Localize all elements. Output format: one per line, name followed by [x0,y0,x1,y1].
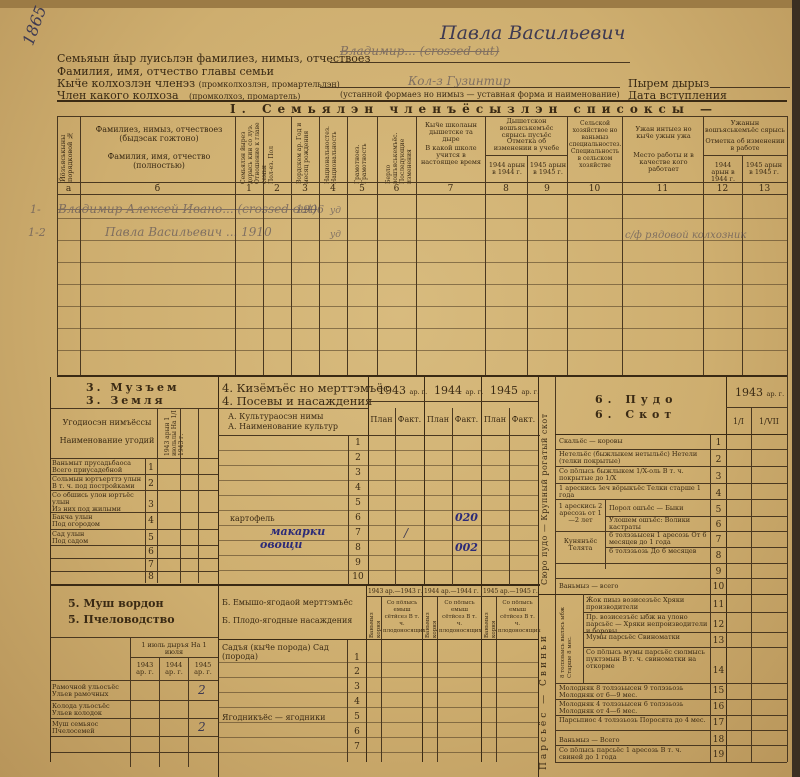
s5-row-line [50,700,218,701]
s3-row1-ru: Всего приусадебной [52,467,144,474]
s4b-year-1945: 1945 ар.—1945 г. [483,588,538,595]
head-value-crossed: Владимир... (crossed out) [340,44,499,58]
s4-vline-fact1944 [452,408,453,585]
s4-sub-a-komi: А. Культураосэн нимы [228,412,323,421]
s1-numbers-top [57,182,787,183]
s6-year: 1943 [735,386,763,399]
s3-row5-num: 5 [145,533,157,543]
s6-group-calves: Кунянъёс Телята [557,538,604,552]
s4b-sub-b: Со пӧлысь емыш сётйсез В т. ч. плодонося… [383,600,421,635]
s6-vline-col2 [751,407,752,762]
s3-row2-ru: В т. ч. под постройками [52,483,144,490]
col-1213-header-ru: Отметка об изменении в работе [705,138,785,152]
head-underline [330,62,630,63]
s3-row2-num: 2 [145,479,157,489]
s6-col-1VII: 1/VII [751,417,787,426]
page-right-edge [792,0,800,777]
col-b-header-ru: Фамилия, имя, отчество (полностью) [85,152,233,170]
s6-cattle-bottom [538,594,787,595]
s6-row-line [555,578,787,579]
s4-year-suffix: ар. г. [466,388,484,396]
col-3-header: Вордскем ар. Год и месяц рождения [296,120,310,184]
s6-row-num: 6 [711,520,726,530]
s3-vline-1 [157,408,158,583]
s3-row-line [50,545,218,546]
s6-row-line [555,563,787,564]
s3-col-header-komi: Угодиосэн нимъёссы [52,418,162,427]
s4-row-line [218,480,538,481]
s6-row-label: 6 толэзьысен 1 аресозь От 6 месяцев до 1… [609,532,707,546]
s4b-vline-1945 [481,586,482,762]
s6-row-label: Молодняк 4 толэзьысен 6 толэзьозь Молодн… [559,701,707,715]
s1-row2-index: 1-2 [28,226,46,239]
s4b-vline-1944 [422,586,423,762]
s4-fact-label: Факт. [509,415,538,424]
s6-col-1I: 1/I [726,417,751,426]
s4-row-num: 2 [349,453,367,463]
s3-row1-num: 1 [145,463,157,473]
s1-row-line [57,218,787,219]
col-6-header: Берло вошъяськемъёс. Последующие изменен… [385,120,413,184]
col-8-num: 8 [485,184,527,194]
s3-row3-komi: Со обшись улон юртъёс улын [52,492,144,506]
s6-group-older-8m: 8 толэзьысь вылэсь ыбж Старше 8 мес. [560,600,574,678]
s4b-sub-b: Со пӧлысь емыш сётйсез В т. ч. плодонося… [498,600,537,635]
s6-row-num: 7 [711,535,726,545]
s4-row-line [218,495,538,496]
s4-row-line [218,555,538,556]
s5-row3-ru: Пчелосемей [52,728,98,735]
s3-row5-ru: Под садом [52,538,144,545]
s1-vline-3 [319,116,320,376]
s6-row-num: 5 [711,505,726,515]
s6-row-label: Порол ошъёс — Быки [609,505,683,512]
s1-vline-4 [347,116,348,376]
col-10-num: 10 [567,184,622,194]
s6-row-num: 11 [711,600,726,610]
s3-title-komi: 3. Музъем [86,381,180,394]
col-89-split [485,155,567,156]
s6-row-label: Со пӧлысь мумы парсьёс сюлмысь пуктэмын … [586,649,708,670]
document-page: 1865 Семьяын йыр луисьлэн фамилиез, нимы… [0,0,800,777]
s6-row-num: 12 [711,620,726,630]
s4-row-num: 4 [349,483,367,493]
s4-vline-plan1943 [368,377,369,585]
s4-row-num: 9 [349,558,367,568]
s5-row2-ru: Ульев колодок [52,710,110,717]
col-10-header: Сельской хозяйствое но ваньмыз специальн… [569,120,621,169]
upper-left-border [57,116,58,376]
col-8-header: 1944 арын в 1944 г. [488,162,526,176]
col-9-num: 9 [527,184,567,194]
head-label-komi: Семьяын йыр луисьлэн фамилиез, нимыз, от… [57,52,370,65]
s3-title-bottom [50,408,218,409]
s5-date-header: 1 июль дыръя На 1 июля [132,642,216,656]
s4-row-line [218,465,538,466]
s4-row-num: 3 [349,468,367,478]
col-1213-split [703,155,787,156]
s4-row-num: 8 [349,543,367,553]
s4b-row-num: 7 [348,742,366,752]
s4-vline-plan1945 [481,377,482,585]
s4b-sub-b: Со пӧлысь емыш сётйсез В т. ч. плодонося… [439,600,480,635]
s4-row-line [218,570,538,571]
s4b-row-line [218,662,538,663]
s4-row-num: 10 [349,572,367,582]
s4-fact-label: Факт. [452,415,481,424]
s6-row-label: Молодняк 8 толэзьысен 9 толэзьозь Молодн… [559,685,707,699]
s1-row-line [57,284,787,285]
s1-row1-year: 1906 [296,203,324,216]
col-4-num: 4 [319,184,347,194]
s3-row-line [50,558,218,559]
s6-row-num: 10 [711,582,726,592]
s6-row-label: Ваньмыз — всего [559,583,618,590]
s3-title-ru: 3. Земля [86,394,166,407]
s6-row-label: Со пӧлысь быжлыкем 1/X-оль В т. ч. покры… [559,468,707,482]
s4b-row-line [218,707,538,708]
s4-potato-fact-1944: 020 [455,511,478,524]
s4b-header-bottom [218,639,538,640]
s3-row-line [50,571,218,572]
head-value: Павла Васильевич [440,22,625,44]
s4-year-1943: 1943 [378,384,406,397]
section1-title: I. Семьялэн членъёсызлэн списоксы — [230,102,718,116]
s1-vline-6 [416,116,417,376]
s4-macaroni-fact-1943: / [404,526,408,540]
s4-row-line [218,510,538,511]
col-1-header: Семьялэн йырез дорысь кин со луэ. Отноше… [240,120,268,184]
s6-row-label: Ӝок пиыз возисезъёс Хряки производители [586,597,708,611]
s4-plan-label: План [424,415,452,424]
s6-row-line [555,499,787,500]
section1-header-top [57,116,787,117]
s6-row-label: Скальёс — коровы [559,438,623,445]
s6-pig-group-vline [583,594,584,683]
s6-year-suffix: ар. г. [767,390,785,398]
s1-row1-index: 1- [30,203,41,216]
col-11-num: 11 [622,184,703,194]
s4-crop-macaroni: макарки [270,525,325,538]
col-11-header-komi: Ужан интыез но кыӵе ужын ужа [626,126,701,140]
s6-row-num: 1 [711,438,726,448]
s5-title-bottom [50,637,218,638]
s6-row-num: 19 [711,750,726,760]
s3-row6-num: 6 [145,547,157,557]
s6-title-komi: 6. Пудо [595,393,677,406]
s6-row-label: Ваньмыз — Всего [559,737,620,744]
s4-crop-vegetables: овощи [260,538,302,551]
s4-vegetables-fact-1944: 002 [455,541,478,554]
s4-fact-label: Факт. [395,415,424,424]
s4-vline-fact1943 [395,408,396,585]
col-7-header-ru: В какой школе учится в настоящее время [420,145,482,166]
kolkhoz-value: Кол-з Гузинтир [408,74,510,88]
s4-title-ru: 4. Посевы и насаждения [222,395,372,408]
s5-year-1944: 1944 ар. г. [160,662,188,676]
s4-plan-label: План [368,415,395,424]
s6-year-bottom [726,407,787,408]
s6-row-label: Улошем ошъёс: Волики кастраты [609,517,707,531]
s4b-row5-label: Ягодникъёс — ягодники [222,713,325,722]
s6-row-label: 1 арескись ӟеч вӧрыкъёс Телки старше 1 г… [559,485,707,499]
s6-row-line [555,730,787,731]
col-5-header: Грамотноез. Грамотность [354,120,368,184]
s1-row-line [57,350,787,351]
s5-date-bottom [130,657,218,658]
s3-row8-num: 8 [145,572,157,582]
s4-row-num: 7 [349,528,367,538]
col-11-header-ru: Место работы и в качестве кого работает [626,152,701,173]
s4b-year-1943: 1943 ар.—1943 г. [368,588,423,595]
s5-row-line [50,752,218,753]
s4-sub-a-ru: А. Наименование культур [228,422,338,431]
col-89-header-komi: Дышетскон вошъяськемъёс сярысь пусъёс [488,118,565,139]
s6-row-num: 17 [711,718,726,728]
s6-row-num: 14 [711,666,726,676]
s4b-row-num: 5 [348,712,366,722]
s1-row2-name: Павла Васильевич ... 1910 [105,225,272,239]
s5-title-ru: 5. Пчеловодство [68,613,175,626]
s4b-row-num: 3 [348,682,366,692]
s4-row-num: 5 [349,498,367,508]
s5-year-1945: 1945 ар. г. [189,662,217,676]
s1-row-line [57,306,787,307]
s4-title-bottom [218,408,368,409]
s4b-row-num: 4 [348,697,366,707]
s4b-sub-a: Ваньмыз корня [425,600,439,638]
s4b-row-line [218,692,538,693]
s4b-title-komi: Б. Емышо-ягодаой мерттэмъёс [222,598,353,607]
s1-row-line [57,262,787,263]
s5-header-bottom [50,680,218,681]
s4b-sub-a: Ваньмыз корня [484,600,498,638]
s3-row4-num: 4 [145,516,157,526]
s5-year-1943: 1943 ар. г. [131,662,159,676]
s4-vline-plan1944 [424,377,425,585]
right-border [787,116,788,762]
s6-side-cattle: Сюро пудо — Крупный рогатый скот [541,385,548,585]
col-a-num: а [57,184,80,194]
col-12-num: 12 [703,184,742,194]
col-b-header-komi: Фамилиез, нимыз, отчествоез (быдэсак гож… [85,125,233,143]
entry-date-underline [710,87,790,88]
s6-row-num: 3 [711,472,726,482]
s4-year-1945: 1945 [490,384,518,397]
s3-s4-bottom [50,584,540,586]
s6-row-label: 6 толэзьозь До 6 месяцев [609,548,707,555]
s1-row2-nat: уд [330,230,341,240]
s3-vline-2 [180,408,181,583]
kolkhoz-underline [320,87,620,88]
s6-row-num: 8 [711,551,726,561]
s4-row-num: 6 [349,513,367,523]
s1-row1-name: Владимир Алексей Ивано... (crossed out) [58,202,317,216]
col-12-header: 1944 арын в 1944 г. [705,162,741,183]
s4b-sub-a: Ваньмыз корня [369,600,383,638]
s1-bottom [57,375,787,377]
s6-row-num: 4 [711,489,726,499]
s4b-row-line [218,677,538,678]
s6-group-1-2-years: 1 арескись 2 аресозь от 1—2 лет [557,503,604,524]
s4-year-bottom [368,401,538,402]
s4-year-suffix: ар. г. [410,388,428,396]
s1-row-line [57,328,787,329]
s6-row-num: 2 [711,455,726,465]
s4b-title-ru: Б. Плодо-ягодные насаждения [222,616,352,625]
form-note: (устанной формаез но нимыз — уставная фо… [340,90,620,99]
s3-date-col: 1943 арын 1 июльлы На 1/I 1943 г. [164,410,185,456]
lower-left-border [50,377,51,762]
s6-row-label: Парсьпиос 4 толэзьозь Поросята до 4 мес. [559,717,707,724]
col-7-header-komi: Кыӵе школаын дышетске та дыре [420,122,482,143]
col-13-header: 1945 арын в 1945 г. [744,162,784,176]
col-3-num: 3 [291,184,319,194]
s3-row4-ru: Под огородом [52,521,144,528]
s4-row-line [218,450,538,451]
s1-vline-2 [291,116,292,376]
s4-crop-potato: картофель [230,514,275,523]
s1-row1-nat: уд [330,206,341,216]
col-89-header-ru: Отметка об изменении в учебе [488,138,565,152]
s3-right-border [218,377,219,777]
s3-vline-3 [198,408,199,583]
s1-vline-9 [567,116,568,376]
s1-body-top [57,194,787,195]
s5-row1-ru: Ульев рамочных [52,691,119,698]
col-a-header: Йӧзъяськыны порядковой № [60,122,74,182]
s6-bottom [555,762,787,763]
s6-row-num: 16 [711,702,726,712]
corner-number: 1865 [18,3,50,48]
s4b-row-num: 2 [348,667,366,677]
s6-header-bottom [555,434,787,435]
s4-header-bottom [218,435,540,436]
page-top-edge [0,0,800,8]
s6-group-vline [605,499,606,569]
s4b-row1-label: Садъя (кыӵе порода) Сад (порода) [222,643,342,661]
s5-title-komi: 5. Муш вордон [68,597,164,610]
s1-vline-5 [377,116,378,376]
s1-vline-a [80,116,81,376]
s4-year-1944: 1944 [434,384,462,397]
col-1-num: 1 [235,184,263,194]
s5-row3-1945: 2 [198,720,206,734]
col-2-num: 2 [263,184,291,194]
s1-vline-b [235,116,236,376]
s3-col-header-ru: Наименование угодий [52,436,162,445]
col-5-num: 5 [347,184,377,194]
s4-plan-label: План [481,415,509,424]
s6-row-num: 15 [711,686,726,696]
s3-row3-num: 3 [145,500,157,510]
s6-row-label: Нетельёс (быжлыкем нетыльёс) Нетели (тел… [559,451,707,465]
s6-row-num: 13 [711,636,726,646]
s6-title-ru: 6. Скот [595,408,676,421]
s4b-row-line [218,722,538,723]
s5-row1-1945: 2 [198,683,206,697]
col-b-num: б [80,184,235,194]
col-1213-header-komi: Ужанын вошъяськемъёс сярысь [705,120,785,134]
kolkhoz-note-komi: (промколхозлэн, промартельлэн) [199,80,340,89]
s4-row-num: 1 [349,438,367,448]
col-9-header: 1945 арын в 1945 г. [529,162,567,176]
s4-vline-fact1945 [509,408,510,585]
col-4-header: Национальностез. Национальность [324,120,338,184]
s5-row-line [50,718,218,719]
s6-row-label: Мумы парсьёс Свиноматки [586,634,708,641]
s6-side-pigs: Парсьёс — Свиньи [541,600,548,770]
col-7-num: 7 [416,184,485,194]
s4b-row-line [218,737,538,738]
s4b-row-num: 6 [348,727,366,737]
s6-row-num: 9 [711,567,726,577]
s5-row-line [50,736,218,737]
col-13-num: 13 [742,184,787,194]
s3-row7-num: 7 [145,560,157,570]
s4b-row-line [218,752,538,753]
s6-row-label: Со пӧлысь парсьёс 1 аресозь В т. ч. свин… [559,747,707,761]
s6-row-num: 18 [711,735,726,745]
col-6-num: 6 [377,184,416,194]
s4b-year-bottom [366,596,538,597]
col-2-header: Пол-ез. Пол [268,120,275,184]
s1-row2-work: с/ф рядовой колхозник [625,230,746,241]
s4-year-suffix: ар. г. [522,388,540,396]
s4b-vline-1943 [366,586,367,762]
s1-vline-10 [622,116,623,376]
s4-row-line [218,525,538,526]
s4b-year-1944: 1944 ар.—1944 г. [424,588,479,595]
